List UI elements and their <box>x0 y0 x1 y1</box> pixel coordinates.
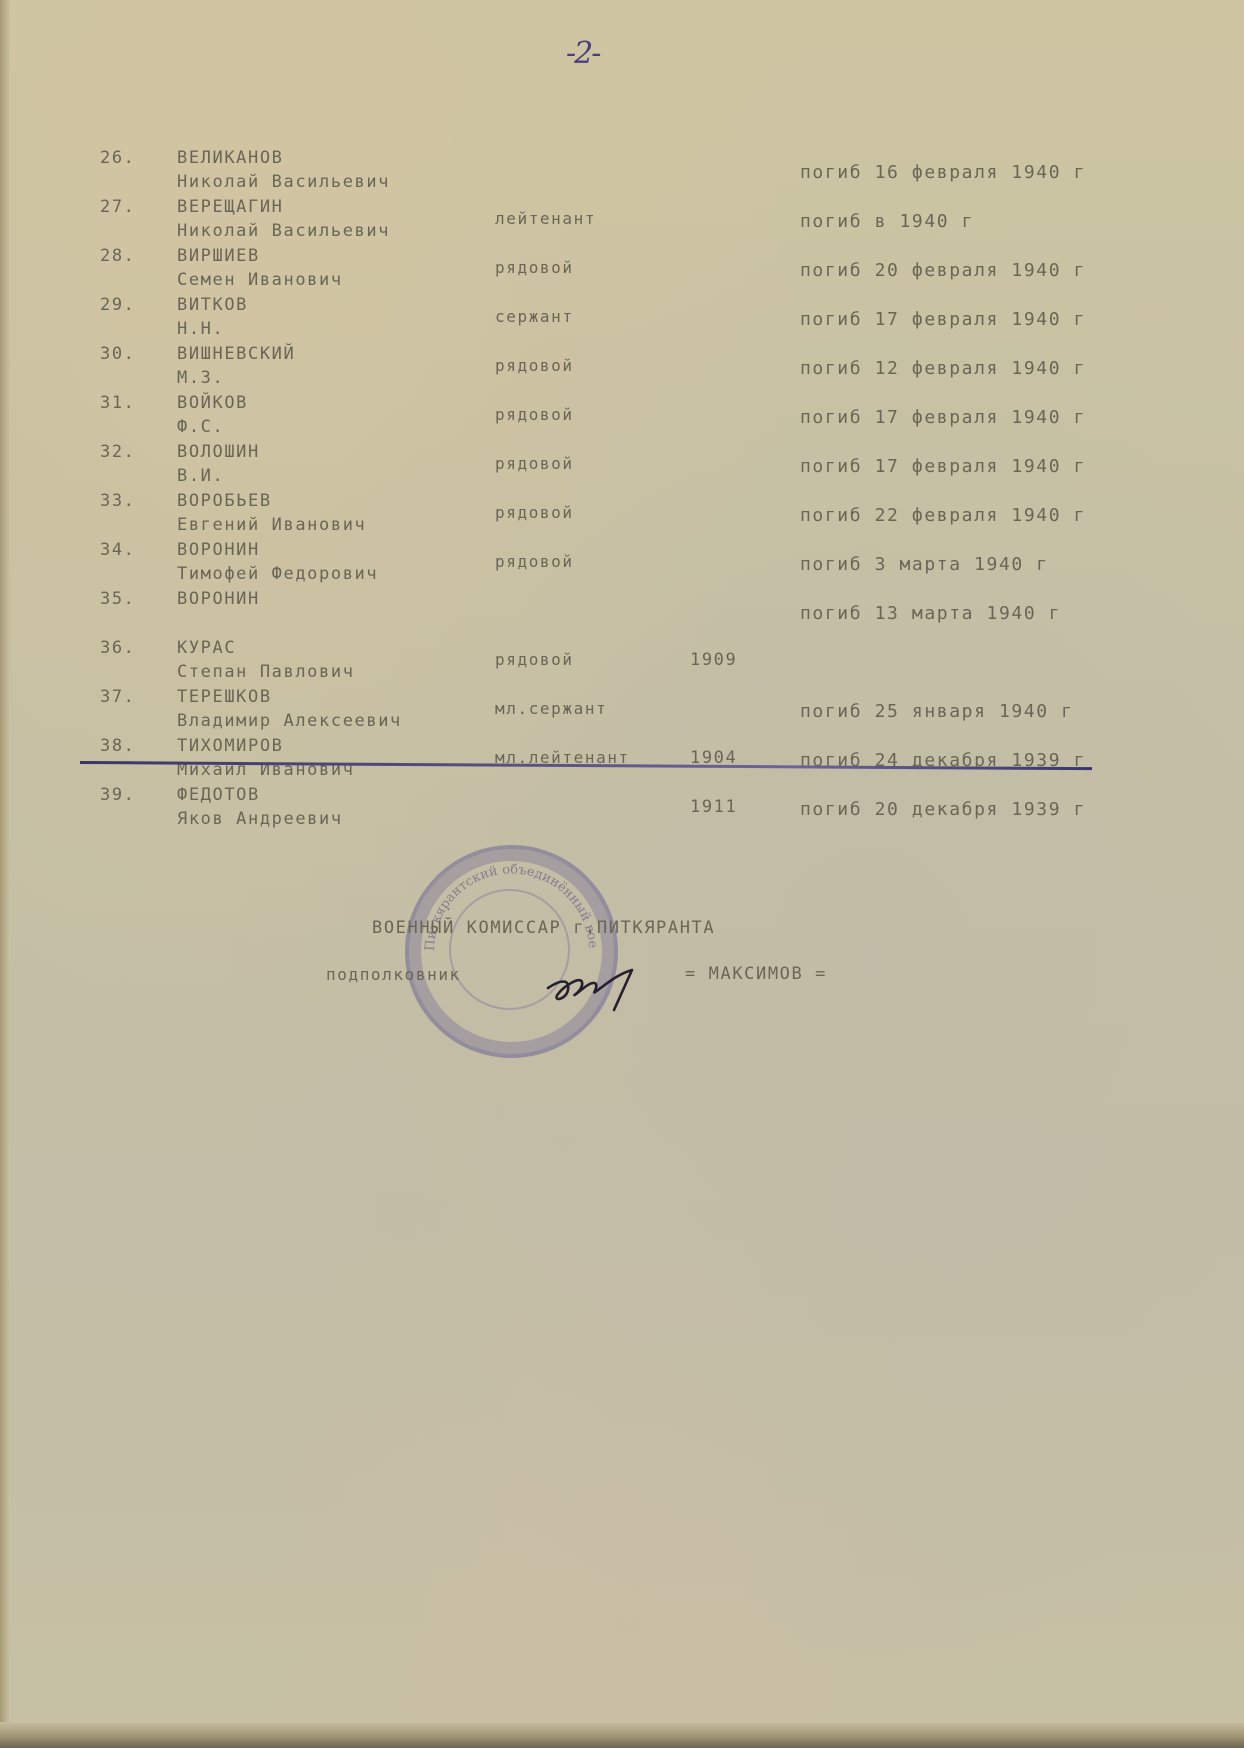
list-item: 36. КУРАС Степан Павлович рядовой 1909 <box>0 638 1244 687</box>
entry-given-name: Евгений Иванович <box>177 515 366 535</box>
entry-given-name: В.И. <box>177 466 224 486</box>
entry-given-name: Тимофей Федорович <box>177 564 378 584</box>
entry-birth-year: 1911 <box>690 797 737 817</box>
entry-fate: погиб в 1940 г <box>800 211 974 232</box>
signatory-rank: подполковник <box>326 965 461 984</box>
entry-number: 32. <box>100 442 136 462</box>
list-item: 37. ТЕРЕШКОВ Владимир Алексеевич мл.серж… <box>0 687 1244 736</box>
entry-number: 38. <box>100 736 136 756</box>
handwritten-signature-icon <box>540 950 660 1020</box>
entry-number: 36. <box>100 638 136 658</box>
entry-rank: рядовой <box>495 552 574 571</box>
entry-rank: мл.сержант <box>495 699 607 718</box>
entry-number: 30. <box>100 344 136 364</box>
list-item: 26. ВЕЛИКАНОВ Николай Васильевич погиб 1… <box>0 148 1244 197</box>
entry-number: 35. <box>100 589 136 609</box>
entry-number: 26. <box>100 148 136 168</box>
entry-surname: ВИШНЕВСКИЙ <box>177 344 295 364</box>
list-item: 33. ВОРОБЬЕВ Евгений Иванович рядовой по… <box>0 491 1244 540</box>
entry-surname: ВОРОНИН <box>177 540 260 560</box>
list-item: 39. ФЕДОТОВ Яков Андреевич 1911 погиб 20… <box>0 785 1244 834</box>
signatory-name: = МАКСИМОВ = <box>685 964 827 984</box>
entry-surname: ВЕРЕЩАГИН <box>177 197 284 217</box>
entry-given-name: Николай Васильевич <box>177 221 390 241</box>
entry-fate: погиб 20 декабря 1939 г <box>800 799 1086 820</box>
entry-surname: ТЕРЕШКОВ <box>177 687 272 707</box>
entry-surname: ТИХОМИРОВ <box>177 736 284 756</box>
list-item: 31. ВОЙКОВ Ф.С. рядовой погиб 17 февраля… <box>0 393 1244 442</box>
entry-fate: погиб 13 марта 1940 г <box>800 603 1061 624</box>
list-item: 27. ВЕРЕЩАГИН Николай Васильевич лейтена… <box>0 197 1244 246</box>
entry-given-name: Николай Васильевич <box>177 172 390 192</box>
entry-given-name: Яков Андреевич <box>177 809 343 829</box>
entry-rank: рядовой <box>495 454 574 473</box>
entry-fate: погиб 22 февраля 1940 г <box>800 505 1086 526</box>
entry-rank: рядовой <box>495 650 574 669</box>
entry-given-name: М.З. <box>177 368 224 388</box>
entry-rank: рядовой <box>495 405 574 424</box>
entry-number: 39. <box>100 785 136 805</box>
entry-number: 33. <box>100 491 136 511</box>
entry-fate: погиб 16 февраля 1940 г <box>800 162 1086 183</box>
entry-rank: рядовой <box>495 503 574 522</box>
entry-given-name: Владимир Алексеевич <box>177 711 402 731</box>
entry-rank: сержант <box>495 307 574 326</box>
entry-rank: рядовой <box>495 356 574 375</box>
entry-fate: погиб 20 февраля 1940 г <box>800 260 1086 281</box>
list-item: 30. ВИШНЕВСКИЙ М.З. рядовой погиб 12 фев… <box>0 344 1244 393</box>
entry-given-name: Н.Н. <box>177 319 224 339</box>
list-item: 32. ВОЛОШИН В.И. рядовой погиб 17 феврал… <box>0 442 1244 491</box>
entry-surname: ВИТКОВ <box>177 295 248 315</box>
entry-surname: КУРАС <box>177 638 236 658</box>
entry-fate: погиб 17 февраля 1940 г <box>800 456 1086 477</box>
entry-surname: ВОРОНИН <box>177 589 260 609</box>
entry-fate: погиб 17 февраля 1940 г <box>800 309 1086 330</box>
entry-surname: ФЕДОТОВ <box>177 785 260 805</box>
entry-surname: ВОРОБЬЕВ <box>177 491 272 511</box>
entry-surname: ВИРШИЕВ <box>177 246 260 266</box>
entry-number: 27. <box>100 197 136 217</box>
entry-number: 37. <box>100 687 136 707</box>
list-item: 29. ВИТКОВ Н.Н. сержант погиб 17 февраля… <box>0 295 1244 344</box>
entry-given-name: Семен Иванович <box>177 270 343 290</box>
entry-rank: лейтенант <box>495 209 596 228</box>
entry-fate: погиб 25 января 1940 г <box>800 701 1074 722</box>
list-item: 35. ВОРОНИН погиб 13 марта 1940 г <box>0 589 1244 638</box>
list-item: 34. ВОРОНИН Тимофей Федорович рядовой по… <box>0 540 1244 589</box>
list-item: 38. ТИХОМИРОВ Михаил Иванович мл.лейтена… <box>0 736 1244 785</box>
entry-surname: ВОЙКОВ <box>177 393 248 413</box>
entry-fate: погиб 3 марта 1940 г <box>800 554 1049 575</box>
paper-bottom-edge <box>0 1722 1244 1748</box>
entry-surname: ВЕЛИКАНОВ <box>177 148 284 168</box>
entry-given-name: Степан Павлович <box>177 662 355 682</box>
entry-number: 31. <box>100 393 136 413</box>
entry-number: 28. <box>100 246 136 266</box>
entry-fate: погиб 17 февраля 1940 г <box>800 407 1086 428</box>
entry-birth-year: 1909 <box>690 650 737 670</box>
entry-given-name: Ф.С. <box>177 417 224 437</box>
list-item: 28. ВИРШИЕВ Семен Иванович рядовой погиб… <box>0 246 1244 295</box>
commissar-title: ВОЕННЫЙ КОМИССАР г.ПИТКЯРАНТА <box>372 918 715 938</box>
entry-number: 34. <box>100 540 136 560</box>
entry-rank: рядовой <box>495 258 574 277</box>
entry-number: 29. <box>100 295 136 315</box>
page-number: -2- <box>566 36 599 71</box>
entry-surname: ВОЛОШИН <box>177 442 260 462</box>
entry-fate: погиб 12 февраля 1940 г <box>800 358 1086 379</box>
